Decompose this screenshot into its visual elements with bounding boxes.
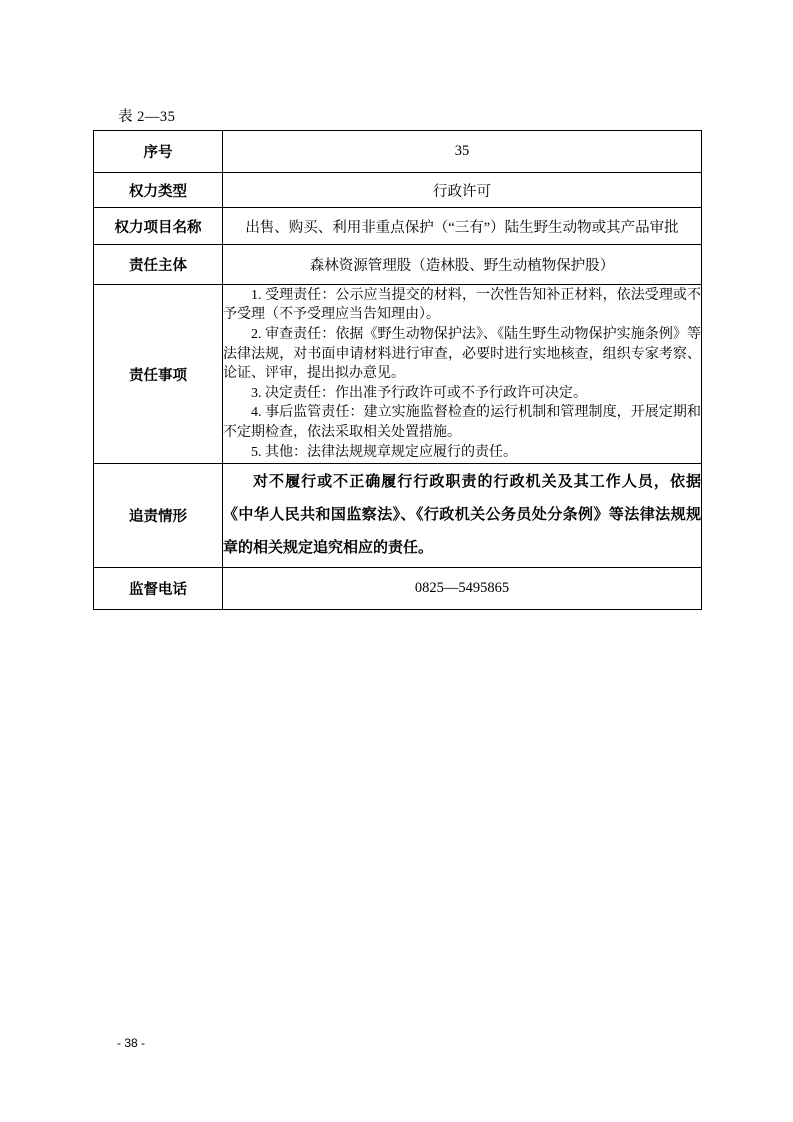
- table-row-responsible-entity: 责任主体 森林资源管理股（造林股、野生动植物保护股）: [94, 245, 702, 285]
- responsibility-item-5: 5. 其他：法律法规规章规定应履行的责任。: [223, 443, 701, 463]
- responsibility-item-2: 2. 审查责任：依据《野生动物保护法》、《陆生野生动物保护实施条例》等法律法规，…: [223, 325, 701, 384]
- row-label-power-type: 权力类型: [94, 173, 223, 208]
- row-value-responsibility-items: 1. 受理责任：公示应当提交的材料，一次性告知补正材料，依法受理或不予受理（不予…: [223, 285, 702, 464]
- table-row-serial-number: 序号 35: [94, 131, 702, 173]
- table-row-responsibility-items: 责任事项 1. 受理责任：公示应当提交的材料，一次性告知补正材料，依法受理或不予…: [94, 285, 702, 464]
- page-number: - 38 -: [117, 1036, 145, 1050]
- responsibility-item-3: 3. 决定责任：作出准予行政许可或不予行政许可决定。: [223, 384, 701, 404]
- table-row-accountability-circumstances: 追责情形 对不履行或不正确履行行政职责的行政机关及其工作人员，依据《中华人民共和…: [94, 464, 702, 568]
- power-item-table: 序号 35 权力类型 行政许可 权力项目名称 出售、购买、利用非重点保护（“三有…: [93, 130, 702, 610]
- row-value-supervision-phone: 0825—5495865: [223, 568, 702, 610]
- row-value-responsible-entity: 森林资源管理股（造林股、野生动植物保护股）: [223, 245, 702, 285]
- row-label-power-item-name: 权力项目名称: [94, 208, 223, 245]
- responsibility-item-4: 4. 事后监管责任：建立实施监督检查的运行机制和管理制度，开展定期和不定期检查，…: [223, 403, 701, 442]
- table-row-supervision-phone: 监督电话 0825—5495865: [94, 568, 702, 610]
- row-value-power-item-name: 出售、购买、利用非重点保护（“三有”）陆生野生动物或其产品审批: [223, 208, 702, 245]
- row-value-serial-number: 35: [223, 131, 702, 173]
- row-label-responsible-entity: 责任主体: [94, 245, 223, 285]
- table-row-power-type: 权力类型 行政许可: [94, 173, 702, 208]
- row-value-power-type: 行政许可: [223, 173, 702, 208]
- row-value-accountability-circumstances: 对不履行或不正确履行行政职责的行政机关及其工作人员，依据《中华人民共和国监察法》…: [223, 464, 702, 568]
- table-caption: 表 2—35: [118, 105, 175, 126]
- row-label-serial-number: 序号: [94, 131, 223, 173]
- accountability-text: 对不履行或不正确履行行政职责的行政机关及其工作人员，依据《中华人民共和国监察法》…: [223, 466, 701, 565]
- row-label-responsibility-items: 责任事项: [94, 285, 223, 464]
- row-label-accountability-circumstances: 追责情形: [94, 464, 223, 568]
- responsibility-item-1: 1. 受理责任：公示应当提交的材料，一次性告知补正材料，依法受理或不予受理（不予…: [223, 286, 701, 325]
- table-row-power-item-name: 权力项目名称 出售、购买、利用非重点保护（“三有”）陆生野生动物或其产品审批: [94, 208, 702, 245]
- row-label-supervision-phone: 监督电话: [94, 568, 223, 610]
